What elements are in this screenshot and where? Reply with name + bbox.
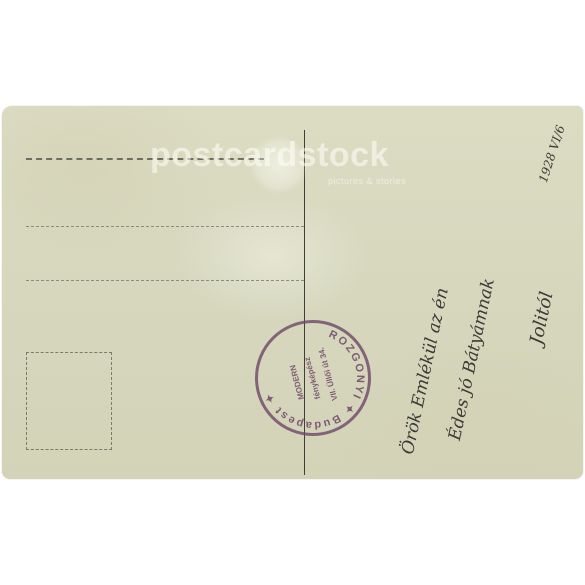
watermark: postcardstock pictures & stories [150,136,440,196]
postmark-ring-icon: ROZGONYI ✦ Budapest ✦ MODERN fényképész … [255,320,371,436]
watermark-brand: postcardstock [150,136,389,175]
address-line-2 [26,226,304,227]
stamp-placeholder-box [26,352,112,450]
watermark-stamp-icon [250,136,308,194]
address-line-3 [26,280,304,281]
postmark-inner-line-1: MODERN [288,364,306,401]
photographer-postmark: ROZGONYI ✦ Budapest ✦ MODERN fényképész … [255,320,371,436]
watermark-tagline: pictures & stories [328,176,406,186]
address-line-1 [26,158,264,160]
